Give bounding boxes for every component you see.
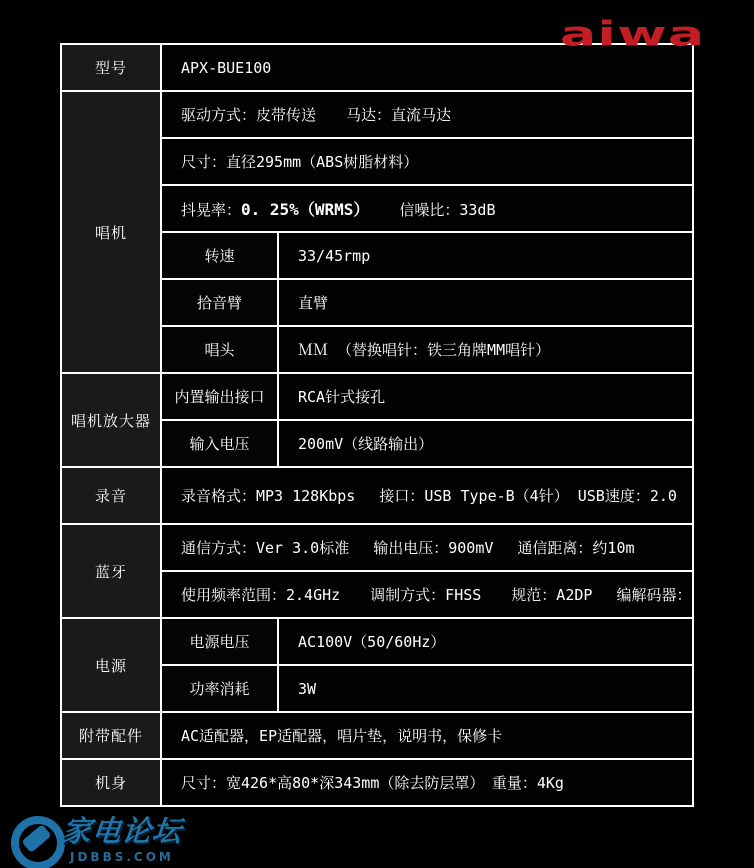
- body-value: 尺寸：宽426*高80*深343mm（除去防层罩） 重量：4Kg: [161, 759, 693, 806]
- cartridge-value: ＭＭ （替换唱针：铁三角牌MM唱针）: [278, 326, 693, 373]
- cartridge-label: 唱头: [161, 326, 278, 373]
- row-power-voltage: 电源 电源电压 AC100V（50/60Hz）: [61, 618, 693, 665]
- row-accessories: 附带配件 AC适配器，EP适配器，唱片垫，说明书，保修卡: [61, 712, 693, 759]
- bt-freq-value: 使用频率范围：2.4GHz 调制方式：FHSS 规范：A2DP 编解码器：SBC: [161, 571, 693, 618]
- spec-table: 型号 APX-BUE100 唱机 驱动方式：皮带传送 马达：直流马达 尺寸：直径…: [60, 43, 694, 807]
- output-port-value: RCA针式接孔: [278, 373, 693, 420]
- row-bt-comm: 蓝牙 通信方式：Ver 3.0标准 输出电压：900mV 通信距离：约10m: [61, 524, 693, 571]
- wow-flutter-figure: 0. 25%（WRMS）: [241, 200, 369, 219]
- tonearm-label: 拾音臂: [161, 279, 278, 326]
- row-recording: 录音 录音格式：MP3 128Kbps 接口：USB Type-B（4针） US…: [61, 467, 693, 524]
- speed-label: 转速: [161, 232, 278, 279]
- row-drive: 唱机 驱动方式：皮带传送 马达：直流马达: [61, 91, 693, 138]
- row-output-port: 唱机放大器 内置输出接口 RCA针式接孔: [61, 373, 693, 420]
- power-consumption-value: 3W: [278, 665, 693, 712]
- wow-flutter-value: 抖晃率：0. 25%（WRMS）信噪比：33dB: [161, 185, 693, 232]
- platter-size-value: 尺寸：直径295mm（ABS树脂材料）: [161, 138, 693, 185]
- turntable-section-label: 唱机: [61, 91, 161, 373]
- row-body: 机身 尺寸：宽426*高80*深343mm（除去防层罩） 重量：4Kg: [61, 759, 693, 806]
- watermark-site-domain: JDBBS.COM: [70, 850, 174, 864]
- recording-value: 录音格式：MP3 128Kbps 接口：USB Type-B（4针） USB速度…: [161, 467, 693, 524]
- body-section-label: 机身: [61, 759, 161, 806]
- power-voltage-value: AC100V（50/60Hz）: [278, 618, 693, 665]
- bluetooth-section-label: 蓝牙: [61, 524, 161, 618]
- tonearm-value: 直臂: [278, 279, 693, 326]
- wow-flutter-prefix: 抖晃率：: [181, 201, 241, 219]
- spec-table-wrapper: 型号 APX-BUE100 唱机 驱动方式：皮带传送 马达：直流马达 尺寸：直径…: [60, 43, 694, 807]
- watermark: 家电论坛 JDBBS.COM: [0, 800, 260, 868]
- aiwa-brand-logo: aiwa: [560, 18, 705, 51]
- bt-comm-value: 通信方式：Ver 3.0标准 输出电压：900mV 通信距离：约10m: [161, 524, 693, 571]
- power-consumption-label: 功率消耗: [161, 665, 278, 712]
- output-port-label: 内置输出接口: [161, 373, 278, 420]
- input-voltage-value: 200mV（线路输出）: [278, 420, 693, 467]
- snr-value: 信噪比：33dB: [399, 201, 495, 219]
- power-voltage-label: 电源电压: [161, 618, 278, 665]
- input-voltage-label: 输入电压: [161, 420, 278, 467]
- model-section-label: 型号: [61, 44, 161, 91]
- phono-amp-section-label: 唱机放大器: [61, 373, 161, 467]
- accessories-section-label: 附带配件: [61, 712, 161, 759]
- drive-value: 驱动方式：皮带传送 马达：直流马达: [161, 91, 693, 138]
- power-section-label: 电源: [61, 618, 161, 712]
- speed-value: 33/45rmp: [278, 232, 693, 279]
- watermark-site-name: 家电论坛: [60, 816, 183, 846]
- accessories-value: AC适配器，EP适配器，唱片垫，说明书，保修卡: [161, 712, 693, 759]
- recording-section-label: 录音: [61, 467, 161, 524]
